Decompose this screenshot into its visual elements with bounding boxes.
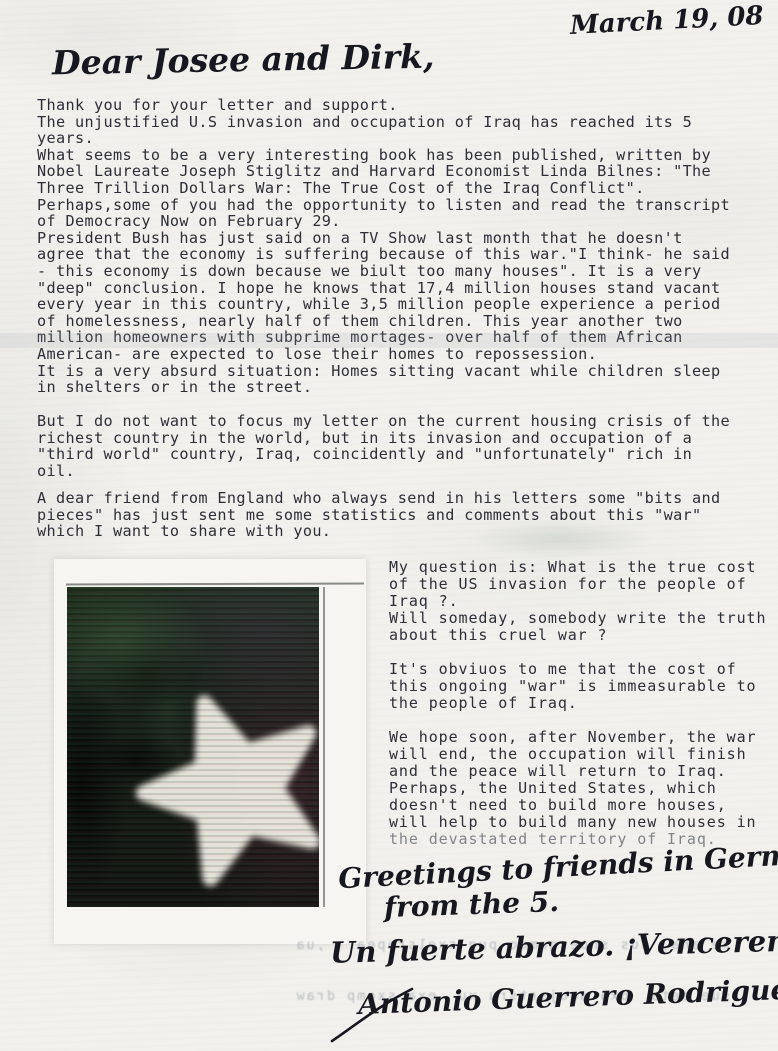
text-line: Perhaps,some of you had the opportunity … [37, 197, 730, 214]
photo-image [67, 587, 319, 907]
text-line: the people of Iraq. [389, 695, 756, 712]
salutation: Dear Josee and Dirk, [52, 37, 435, 83]
text-line: and the peace will return to Iraq. [389, 763, 756, 780]
handwritten-signature: Antonio Guerrero Rodriguez. [358, 972, 778, 1021]
text-line: Thank you for your letter and support. [37, 97, 730, 114]
text-line: What seems to be a very interesting book… [37, 147, 730, 164]
text-line: agree that the economy is suffering beca… [37, 246, 730, 263]
text-line: We hope soon, after November, the war [389, 729, 756, 746]
handwritten-greeting-line2: from the 5. [383, 885, 559, 924]
text-line: which I want to share with you. [37, 523, 721, 540]
text-line: of homelessness, nearly half of them chi… [37, 313, 730, 330]
text-line: of the US invasion for the people of [389, 576, 766, 593]
text-line: It's obviuos to me that the cost of [389, 661, 756, 678]
typed-paragraph-1: Thank you for your letter and support.Th… [37, 97, 730, 396]
text-line: My question is: What is the true cost [389, 559, 766, 576]
typed-paragraph-right-2: It's obviuos to me that the cost ofthis … [389, 661, 756, 712]
text-line: Perhaps, the United States, which [389, 780, 756, 797]
text-line: Nobel Laureate Joseph Stiglitz and Harva… [37, 163, 730, 180]
text-line: doesn't need to build more houses, [389, 797, 756, 814]
text-line: It is a very absurd situation: Homes sit… [37, 363, 730, 380]
text-line: - this economy is down because we biult … [37, 263, 730, 280]
handwritten-farewell: Un fuerte abrazo. ¡Venceremos! [330, 922, 778, 969]
typed-paragraph-right-1: My question is: What is the true costof … [389, 559, 766, 644]
text-line: "deep" conclusion. I hope he knows that … [37, 280, 730, 297]
text-line: Will someday, somebody write the truth [389, 610, 766, 627]
text-line: richest country in the world, but in its… [37, 430, 730, 447]
photo-edge-line [66, 582, 364, 585]
text-line: "third world" country, Iraq, coincidentl… [37, 446, 730, 463]
attached-photo [54, 559, 366, 944]
scanned-letter-page: March 19, 08 Dear Josee and Dirk, Thank … [0, 0, 778, 1051]
text-line: will help to build many new houses in [389, 814, 756, 831]
text-line: in shelters or in the street. [37, 379, 730, 396]
text-line: this ongoing "war" is immeasurable to [389, 678, 756, 695]
text-line: But I do not want to focus my letter on … [37, 413, 730, 430]
photo-scan-line-artifact [323, 587, 325, 907]
typed-paragraph-right-3: We hope soon, after November, the warwil… [389, 729, 756, 848]
text-line: million homeowners with subprime mortage… [37, 329, 730, 346]
white-star-shape [67, 587, 319, 907]
typed-paragraph-3: A dear friend from England who always se… [37, 490, 721, 540]
text-line: The unjustified U.S invasion and occupat… [37, 114, 730, 131]
text-line: will end, the occupation will finish [389, 746, 756, 763]
text-line: oil. [37, 463, 730, 480]
text-line: about this cruel war ? [389, 627, 766, 644]
handwritten-date: March 19, 08 [569, 1, 764, 41]
typed-paragraph-2: But I do not want to focus my letter on … [37, 413, 730, 479]
text-line: pieces" has just sent me some statistics… [37, 507, 721, 524]
text-line: Iraq ?. [389, 593, 766, 610]
text-line: President Bush has just said on a TV Sho… [37, 230, 730, 247]
text-line: years. [37, 130, 730, 147]
text-line: A dear friend from England who always se… [37, 490, 721, 507]
text-line: every year in this country, while 3,5 mi… [37, 296, 730, 313]
text-line: of Democracy Now on February 29. [37, 213, 730, 230]
text-line: American- are expected to lose their hom… [37, 346, 730, 363]
text-line: Three Trillion Dollars War: The True Cos… [37, 180, 730, 197]
